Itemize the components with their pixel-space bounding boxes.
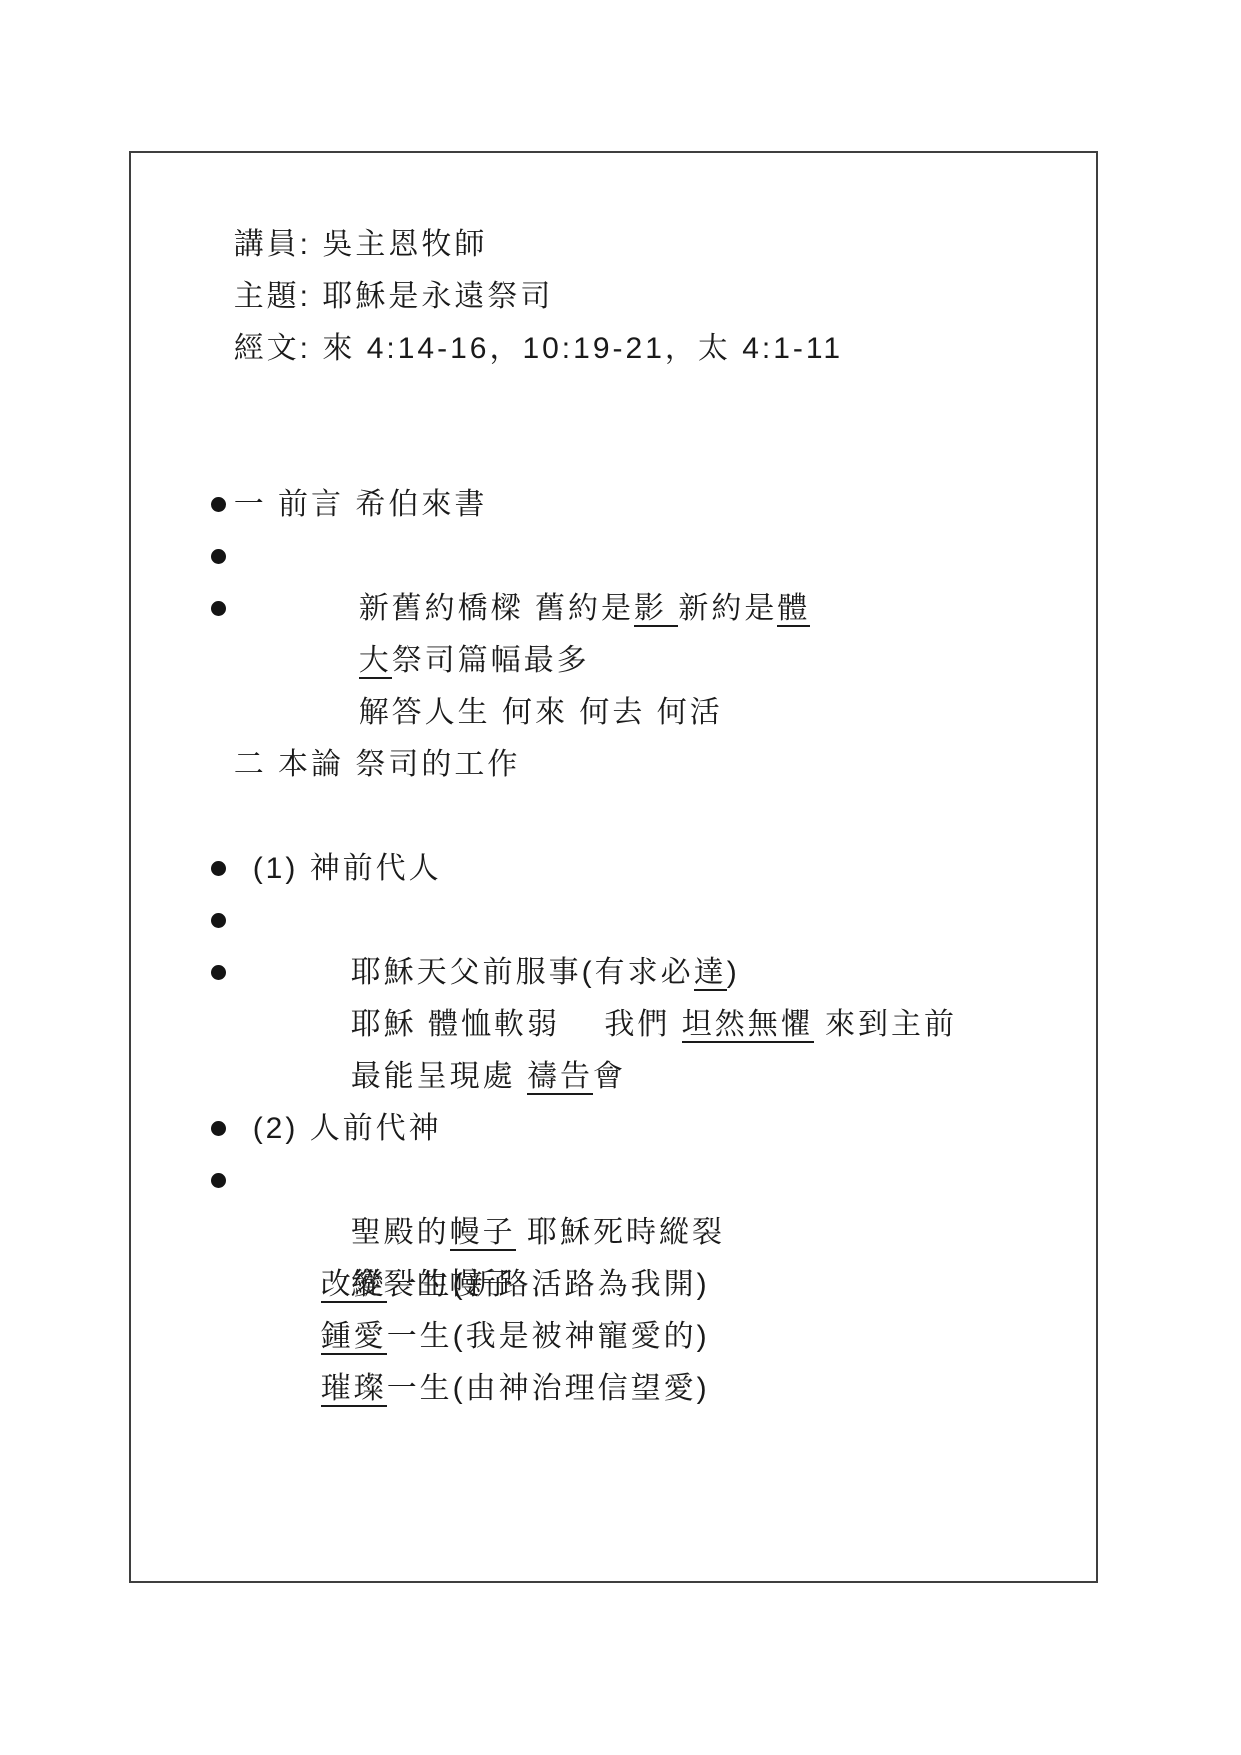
bullet-icon [211,601,226,616]
bullet-icon [211,1121,226,1136]
part2-subline-2: 鍾愛一生(我是被神寵愛的) [131,1259,1096,1311]
spacer [131,739,1096,791]
section1-bullet-1: 新舊約橋樑 舊約是影 新約是體 [131,479,1096,531]
bullet-icon [211,549,226,564]
bullet-icon [211,913,226,928]
bullet-icon [211,1173,226,1188]
spacer [131,999,1096,1051]
scripture-line: 經文: 來 4:14-16，10:19-21，太 4:1-11 [131,271,1096,323]
part2-bullet-1: 聖殿的幔子 耶穌死時縱裂 [131,1103,1096,1155]
section1-bullet-2: 大祭司篇幅最多 [131,531,1096,583]
bullet-icon [211,965,226,980]
outline-border-box: 講員: 吳主恩牧師 主題: 耶穌是永遠祭司 經文: 來 4:14-16，10:1… [129,151,1098,1583]
outline-content: 講員: 吳主恩牧師 主題: 耶穌是永遠祭司 經文: 來 4:14-16，10:1… [131,153,1096,1363]
section2-heading: 二 本論 祭司的工作 [131,687,1096,739]
part1-bullet-1: 耶穌天父前服事(有求必達) [131,843,1096,895]
section1-heading: 一 前言 希伯來書 [131,427,1096,479]
part2-subline-1: 改變一生(新路活路為我開) [131,1207,1096,1259]
bullet-icon [211,861,226,876]
part2-bullet-2: 縱裂的幔子 [131,1155,1096,1207]
topic-line: 主題: 耶穌是永遠祭司 [131,219,1096,271]
line-text: 一生(由神治理信望愛) [387,1372,710,1405]
document-page: 講員: 吳主恩牧師 主題: 耶穌是永遠祭司 經文: 來 4:14-16，10:1… [0,0,1241,1755]
section1-bullet-3: 解答人生 何來 何去 何活 [131,583,1096,635]
part1-bullet-3: 最能呈現處 禱告會 [131,947,1096,999]
part1-heading: (1) 神前代人 [131,791,1096,843]
spacer [131,323,1096,375]
speaker-line: 講員: 吳主恩牧師 [131,167,1096,219]
bullet-icon [211,497,226,512]
spacer [131,375,1096,427]
part2-subline-3: 璀璨一生(由神治理信望愛) [131,1311,1096,1363]
underlined-text: 璀璨 [321,1372,387,1407]
part2-heading: (2) 人前代神 [131,1051,1096,1103]
spacer [131,635,1096,687]
part1-bullet-2: 耶穌 體恤軟弱 我們 坦然無懼 來到主前 [131,895,1096,947]
